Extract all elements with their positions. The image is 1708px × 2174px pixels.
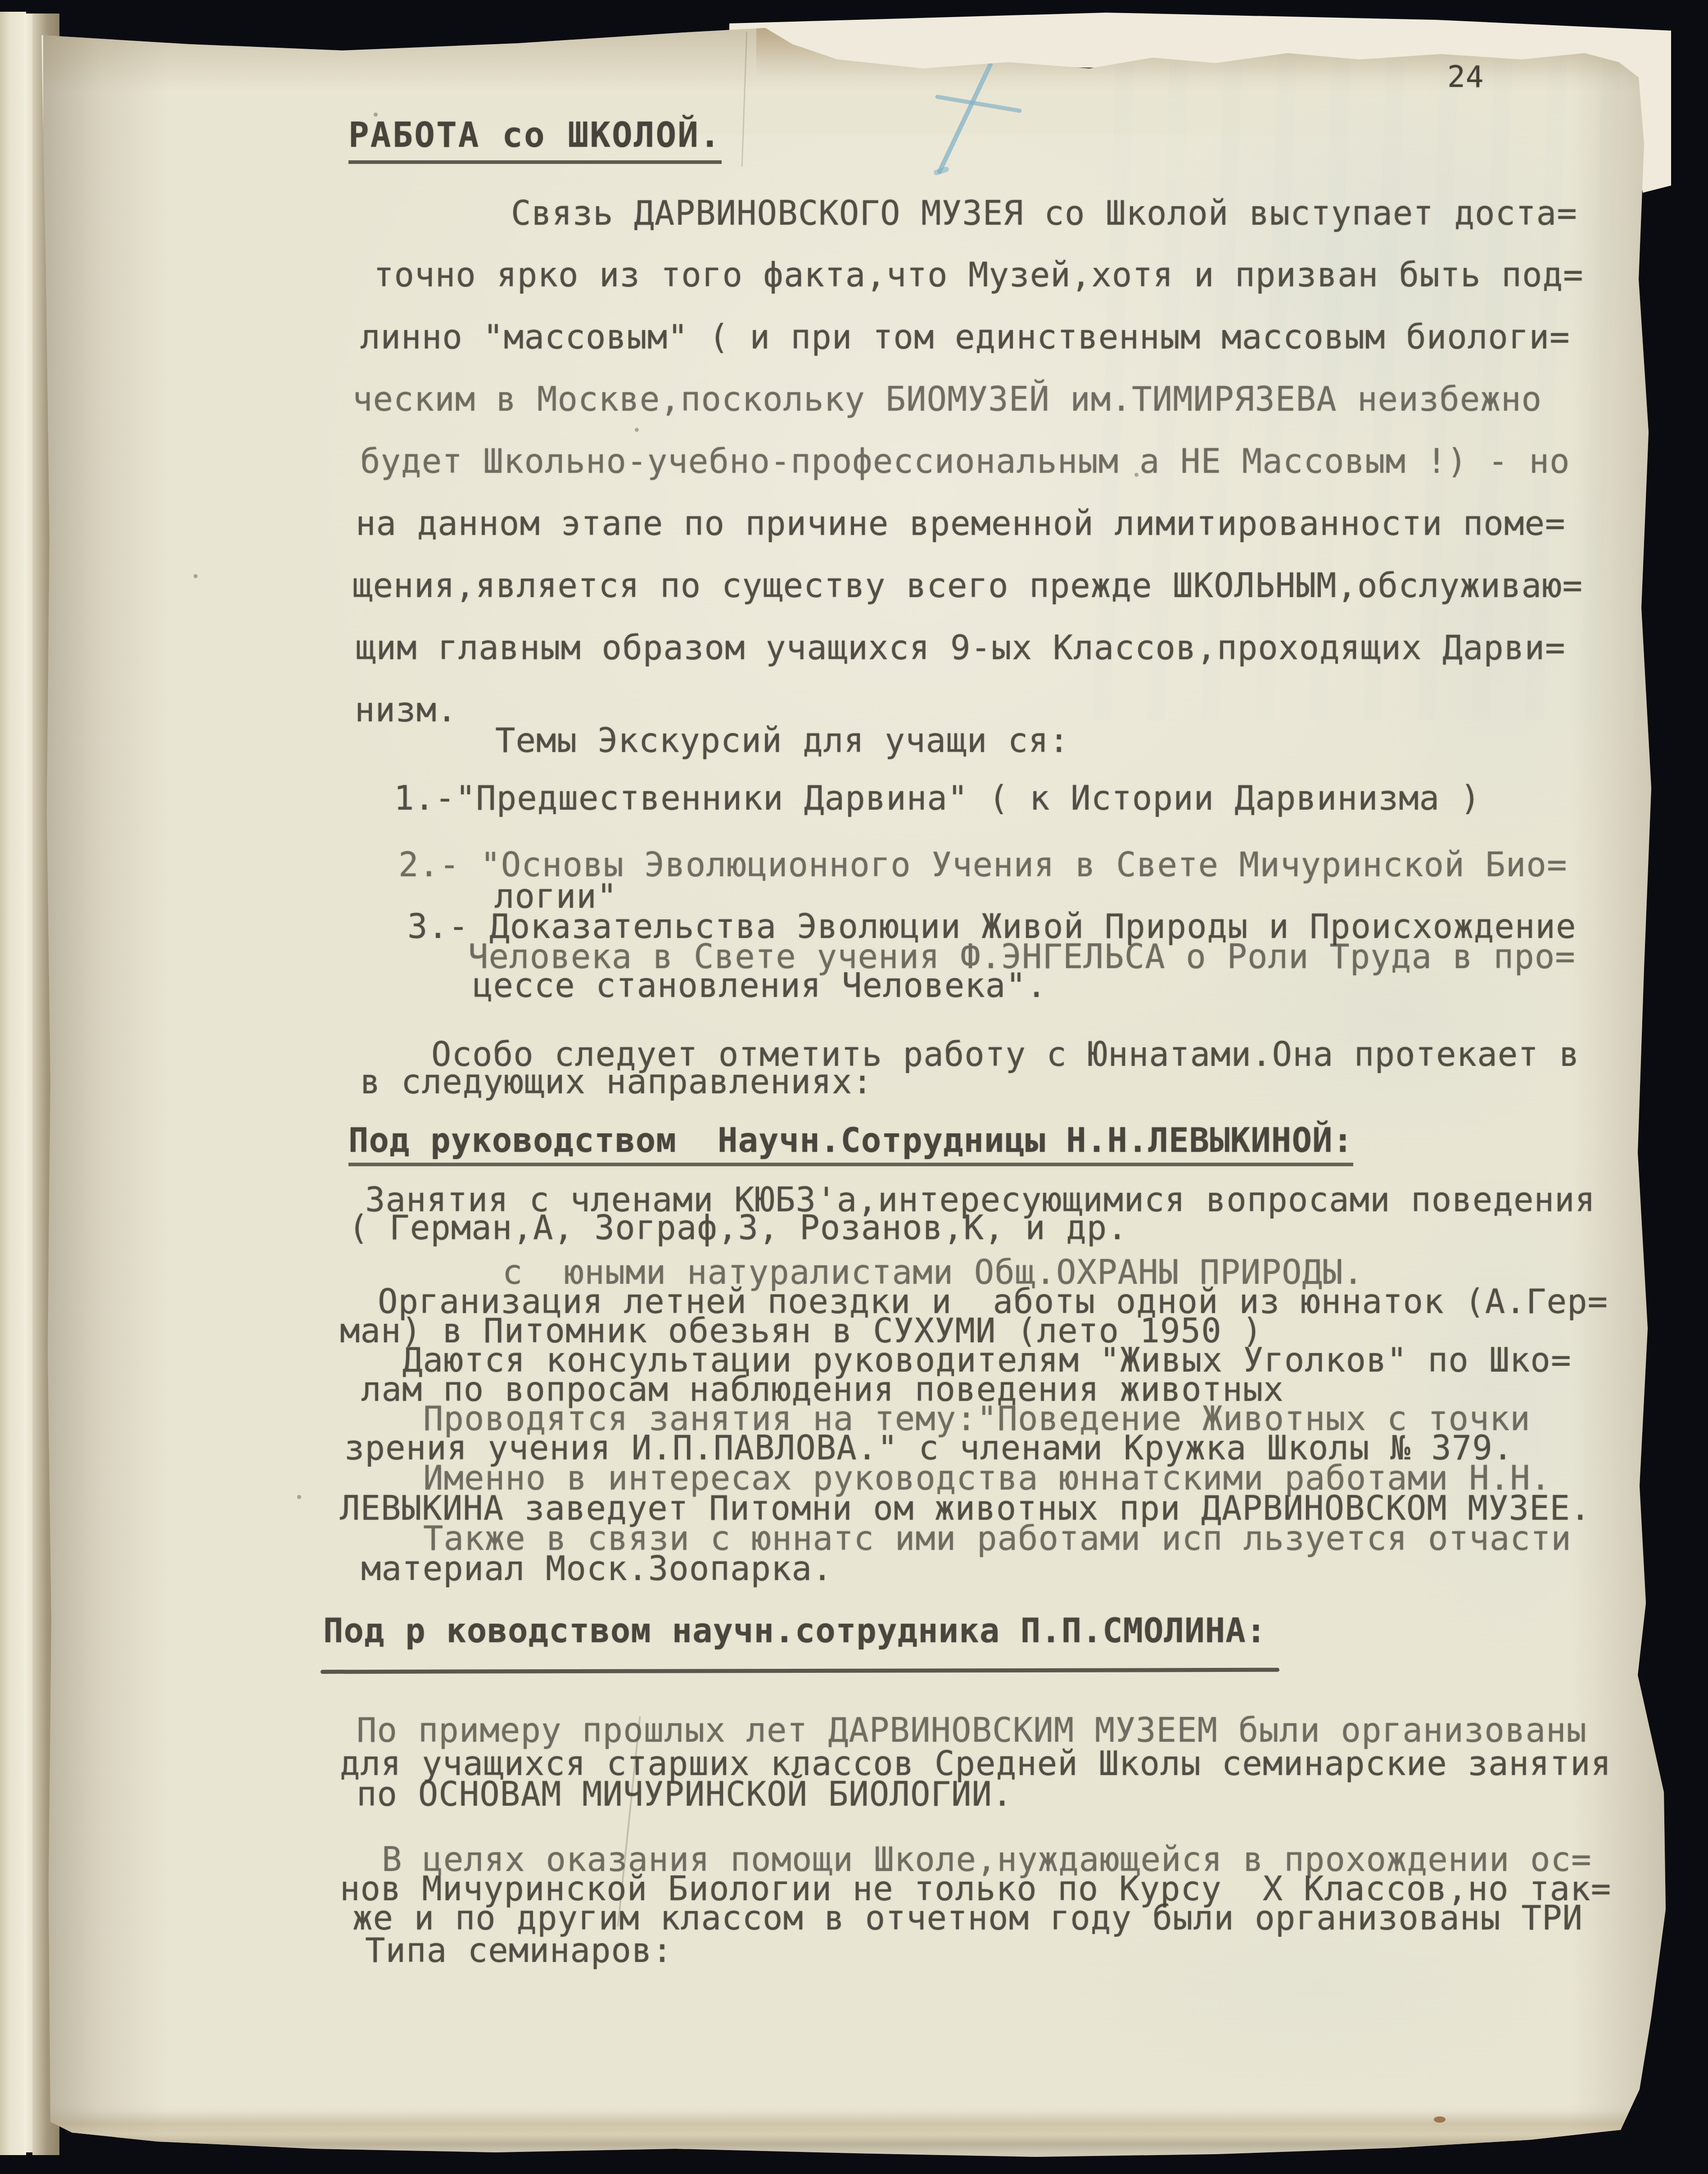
typed-line: на данном этапе по причине временной лим… [356,507,1566,540]
document-page: 24 РАБОТА со ШКОЛОЙ. Связь ДАРВИНОВСКОГО… [0,0,1708,2174]
typed-line: точно ярко из того факта,что Музей,хотя … [374,258,1584,292]
typed-line: щим главным образом учащихся 9-ых Классо… [356,631,1566,665]
previous-page-edge [0,12,26,2155]
paper-speck [635,428,639,432]
bottom-wear-band [45,2111,1648,2154]
paper-speck [297,1495,301,1499]
bottom-edge-shading [45,2071,1657,2166]
left-edge-shading [43,27,169,2143]
typed-line: Связь ДАРВИНОВСКОГО МУЗЕЯ со Школой выст… [511,197,1577,230]
crease-line [741,32,747,167]
typed-line: линно "массовым" ( и при том единственны… [360,321,1570,354]
typed-line: Типа семинаров: [365,1934,673,1967]
typed-line: же и по другим классом в отчетном году б… [352,1902,1583,1935]
typed-line: будет Школьно-учебно-профессиональным а … [360,445,1570,478]
section-heading-levykina: Под руководством Научн.Сотрудницы Н.Н.ЛЕ… [348,1124,1353,1166]
excursion-item: цессе становления Человека". [473,969,1047,1002]
typed-line: в следующих направлениях: [360,1065,873,1099]
excursion-item: 2.- "Основы Эволюционного Учения в Свете… [398,848,1567,882]
paper-speck [194,574,198,578]
rust-fleck [1434,2116,1446,2123]
typed-line: ( Герман,А, Зограф,З, Розанов,К, и др. [348,1211,1128,1245]
section-heading-smolina: Под р ководством научн.сотрудника П.П.СМ… [323,1614,1266,1653]
excursion-item: 1.-"Предшественники Дарвина" ( к Истории… [394,782,1481,815]
page-title: РАБОТА со ШКОЛОЙ. [348,118,722,164]
blue-pencil-cross-mark [909,50,1044,185]
right-edge-shading [1531,45,1666,2134]
scan-backdrop: { "doc": { "page_number": "24", "title":… [0,0,1708,2174]
typed-line: материал Моск.Зоопарка. [361,1552,833,1585]
typed-line: По примеру прошлых лет ДАРВИНОВСКИМ МУЗЕ… [357,1714,1587,1747]
typed-line: щения,является по существу всего прежде … [352,569,1583,602]
smolina-heading-underline [321,1668,1279,1674]
typed-line: ческим в Москве,поскольку БИОМУЗЕЙ им.ТИ… [352,383,1542,416]
page-number: 24 [1447,62,1484,92]
typed-line: по ОСНОВАМ МИЧУРИНСКОЙ БИОЛОГИИ. [357,1778,1013,1811]
excursions-heading: Темы Экскурсий для учащи ся: [495,724,1069,757]
typed-line: низм. [355,693,457,727]
